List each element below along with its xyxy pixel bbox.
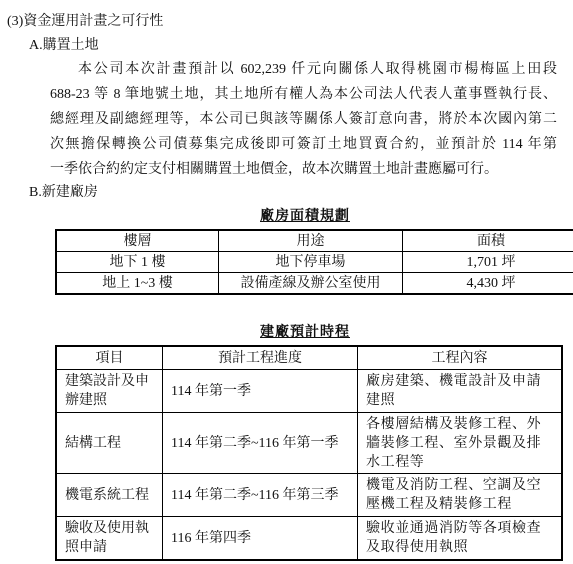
- column-header-content: 工程內容: [358, 346, 563, 370]
- cell-floor: 地上 1~3 樓: [56, 273, 219, 295]
- column-header-item: 項目: [56, 346, 163, 370]
- table-row: 驗收及使用執照申請 116 年第四季 驗收並通過消防等各項檢查及取得使用執照: [56, 517, 562, 561]
- cell-item: 結構工程: [56, 413, 163, 474]
- cell-usage: 設備產線及辦公室使用: [219, 273, 403, 295]
- cell-content: 各樓層結構及裝修工程、外牆裝修工程、室外景觀及排水工程等: [358, 413, 563, 474]
- table-row: 建築設計及申辦建照 114 年第一季 廠房建築、機電設計及申請建照: [56, 370, 562, 413]
- document-page: (3)資金運用計畫之可行性 A.購置土地 本公司本次計畫預計以 602,239 …: [0, 0, 573, 564]
- cell-progress: 114 年第一季: [163, 370, 358, 413]
- subsection-b-heading: B.新建廠房: [29, 183, 573, 203]
- construction-schedule-table: 項目 預計工程進度 工程內容 建築設計及申辦建照 114 年第一季 廠房建築、機…: [55, 345, 563, 561]
- construction-schedule-section: 建廠預計時程 項目 預計工程進度 工程內容 建築設計及申辦建照 114 年第一季…: [55, 323, 555, 561]
- table-row: 結構工程 114 年第二季~116 年第一季 各樓層結構及裝修工程、外牆裝修工程…: [56, 413, 562, 474]
- paragraph-line: 本公司本次計畫預計以 602,239 仟元向關係人取得桃園市楊梅區上田段: [50, 57, 557, 82]
- factory-area-section: 廠房面積規劃 樓層 用途 面積 地下 1 樓 地下停車場 1,701 坪 地上 …: [55, 207, 555, 295]
- cell-progress: 114 年第二季~116 年第三季: [163, 474, 358, 517]
- column-header-usage: 用途: [219, 230, 403, 252]
- table-row: 地上 1~3 樓 設備產線及辦公室使用 4,430 坪: [56, 273, 573, 295]
- cell-item: 建築設計及申辦建照: [56, 370, 163, 413]
- cell-item: 機電系統工程: [56, 474, 163, 517]
- cell-progress: 116 年第四季: [163, 517, 358, 561]
- cell-content: 機電及消防工程、空調及空壓機工程及精裝修工程: [358, 474, 563, 517]
- cell-content: 廠房建築、機電設計及申請建照: [358, 370, 563, 413]
- table-header-row: 項目 預計工程進度 工程內容: [56, 346, 562, 370]
- column-header-progress: 預計工程進度: [163, 346, 358, 370]
- section-heading: (3)資金運用計畫之可行性: [7, 12, 573, 32]
- cell-usage: 地下停車場: [219, 252, 403, 273]
- table-row: 地下 1 樓 地下停車場 1,701 坪: [56, 252, 573, 273]
- paragraph-line: 688-23 等 8 筆地號土地，其土地所有權人為本公司法人代表人董事暨執行長、: [50, 82, 557, 107]
- cell-area: 4,430 坪: [403, 273, 573, 295]
- land-purchase-paragraph: 本公司本次計畫預計以 602,239 仟元向關係人取得桃園市楊梅區上田段 688…: [50, 57, 557, 182]
- paragraph-line: 總經理及副總經理等，本公司已與該等關係人簽訂意向書，將於本次國內第二: [50, 107, 557, 132]
- paragraph-line: 一季依合約約定支付相關購置土地價金，故本次購置土地計畫應屬可行。: [50, 157, 557, 182]
- cell-progress: 114 年第二季~116 年第一季: [163, 413, 358, 474]
- cell-content: 驗收並通過消防等各項檢查及取得使用執照: [358, 517, 563, 561]
- subsection-a-heading: A.購置土地: [29, 36, 573, 56]
- cell-item: 驗收及使用執照申請: [56, 517, 163, 561]
- table-header-row: 樓層 用途 面積: [56, 230, 573, 252]
- schedule-table-title: 建廠預計時程: [55, 323, 555, 343]
- paragraph-line: 次無擔保轉換公司債募集完成後即可簽訂土地買賣合約，並預計於 114 年第: [50, 132, 557, 157]
- table-row: 機電系統工程 114 年第二季~116 年第三季 機電及消防工程、空調及空壓機工…: [56, 474, 562, 517]
- cell-floor: 地下 1 樓: [56, 252, 219, 273]
- column-header-floor: 樓層: [56, 230, 219, 252]
- factory-area-table-title: 廠房面積規劃: [55, 207, 555, 227]
- factory-area-table: 樓層 用途 面積 地下 1 樓 地下停車場 1,701 坪 地上 1~3 樓 設…: [55, 229, 573, 295]
- column-header-area: 面積: [403, 230, 573, 252]
- cell-area: 1,701 坪: [403, 252, 573, 273]
